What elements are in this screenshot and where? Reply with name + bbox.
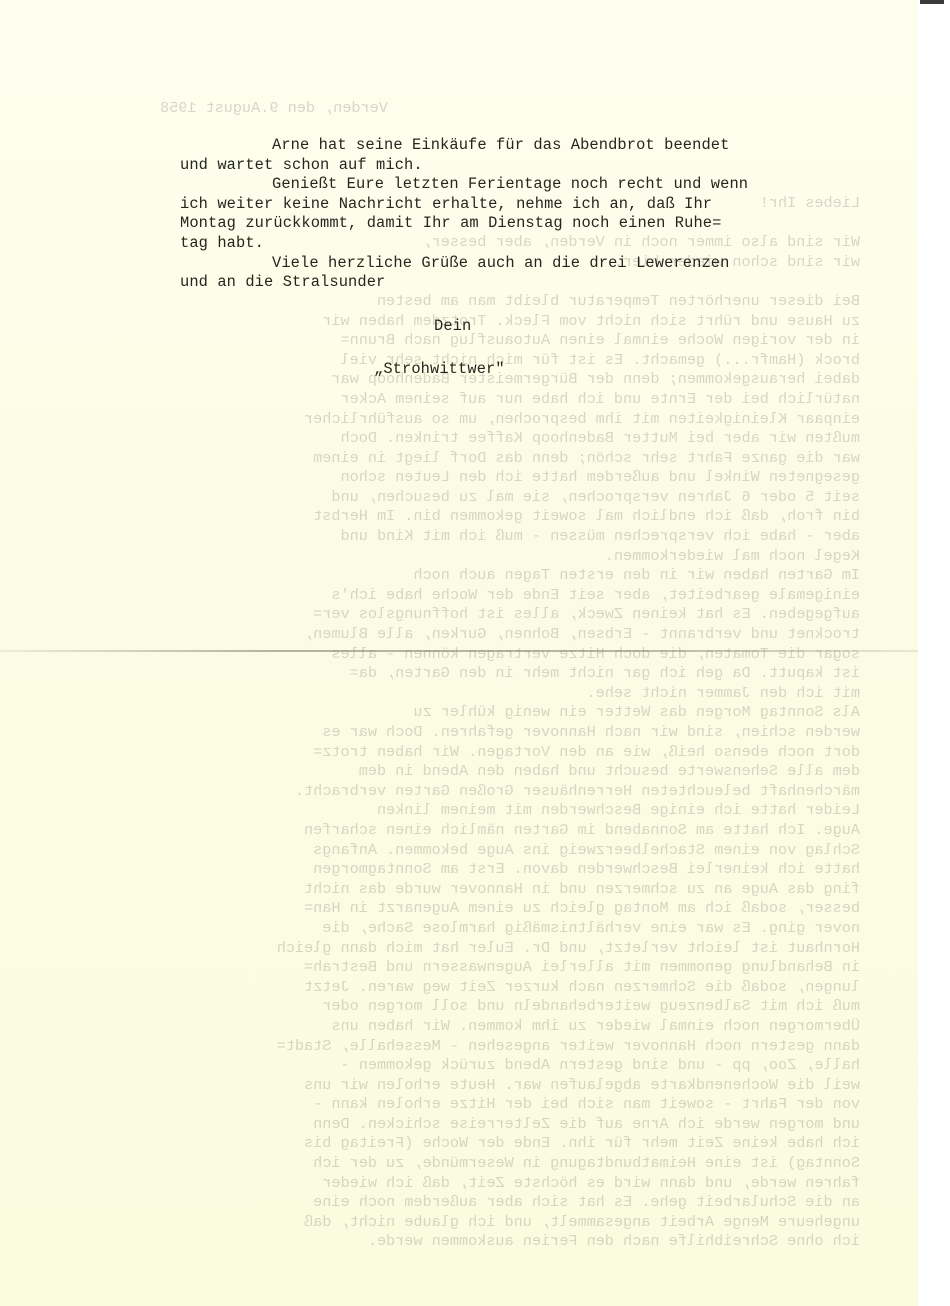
show-through-line: dort noch ebenso heiß, wie an den Vortag… [160,743,860,763]
paragraph-3-line-2: und an die Stralsunder [180,273,860,293]
show-through-line: in Behandlung genommen mit allerlei Auge… [160,958,860,978]
show-through-line: aber - habe ich versprechen müssen - muß… [160,527,860,547]
scan-corner-shadow [920,0,944,4]
show-through-line: ungeheure Menge Arbeit angesammelt, und … [160,1213,860,1233]
letter-sheet: Verden, den 9.August 1958 Liebes Ihr! Wi… [0,0,918,1306]
show-through-line: besser, sodaß ich am Montag gleich zu ei… [160,899,860,919]
show-through-line: dem alle Sehenswerte besucht und haben d… [160,762,860,782]
show-through-line: mit ich den Jammer nicht sehe. [160,684,860,704]
show-through-line: natürlich bei der Ernte und ich habe nur… [160,390,860,410]
paragraph-3-line-1: Viele herzliche Grüße auch an die drei L… [180,254,860,274]
show-through-line: ich habe keine Zeit mehr für ihn. Ende d… [160,1134,860,1154]
show-through-line: seit 5 oder 6 Jahren versprochen, sie ma… [160,488,860,508]
show-through-line: Hornhaut ist leicht verletzt, und Dr. Eu… [160,939,860,959]
paragraph-2-line-2: ich weiter keine Nachricht erhalte, nehm… [180,195,860,215]
show-through-line: gesegneten Winkel und außerdem hatte ich… [160,468,860,488]
paper-fold-crease [0,650,918,652]
show-through-line: lungen, sodaß die Schmerzen nach kurzer … [160,978,860,998]
show-through-line: einigemale gearbeitet, aber seit Ende de… [160,586,860,606]
show-through-line: aufgegeben. Es hat keinen Zweck, alles i… [160,605,860,625]
show-through-line: nover ging. Es war eine verhältnismäßig … [160,919,860,939]
show-through-line: von der Fahrt - soweit man sich bei der … [160,1095,860,1115]
show-through-line: mußten wir aber bei Mutter Badenhoop Kaf… [160,429,860,449]
show-through-line: Als Sonntag Morgen das Wetter ein wenig … [160,703,860,723]
show-through-line: märchenhaft beleuchteten Herrenhäuser Gr… [160,782,860,802]
paragraph-2-line-1: Genießt Eure letzten Ferientage noch rec… [180,175,860,195]
show-through-line: bin froh, daß ich endlich mal soweit gek… [160,507,860,527]
show-through-line: an die Schularbeit gehe. Es hat sich abe… [160,1193,860,1213]
show-through-line: Leider hatte ich einige Beschwerden mit … [160,801,860,821]
show-through-line: Kegel noch mal wiederkommen. [160,547,860,567]
show-through-line: Übermorgen noch einmal wieder zu ihm kom… [160,1017,860,1037]
show-through-line: Sonntag) ist eine Heimatbundtagung in We… [160,1154,860,1174]
show-through-line: Auge. Ich hatte am Sonnabend im Garten n… [160,821,860,841]
show-through-line: fahren werde, und dann wird es höchste Z… [160,1174,860,1194]
show-through-line: und morgen werde ich Arne auf die Zelter… [160,1115,860,1135]
show-through-line: ist kaputt. Da geh ich gar nicht mehr in… [160,664,860,684]
paragraph-1-line-2: und wartet schon auf mich. [180,156,860,176]
show-through-line: werden schien, sind wir nach Hannover ge… [160,723,860,743]
paragraph-2-line-3: Montag zurückkommt, damit Ihr am Diensta… [180,214,860,234]
show-through-line: Im Garten haben wir in den ersten Tagen … [160,566,860,586]
show-through-line: fing das Auge an zu schmerzen und in Han… [160,880,860,900]
signature: „Strohwittwer" [180,360,860,380]
show-through-line: Schlag von einem Stachelbeerzweig ins Au… [160,841,860,861]
show-through-line: muß ich mit Salbenzeug weiterbehandeln u… [160,997,860,1017]
show-through-date: Verden, den 9.August 1958 [160,99,860,119]
show-through-line: einpaar Kleinigkeiten mit ihm besprochen… [160,410,860,430]
paragraph-1-line-1: Arne hat seine Einkäufe für das Abendbro… [180,136,860,156]
letter-front-text: Arne hat seine Einkäufe für das Abendbro… [180,136,860,380]
show-through-line: halle, Zoo, pp - und sind gestern Abend … [160,1056,860,1076]
show-through-line: weil die Wochenendkarte abgelaufen war. … [160,1076,860,1096]
show-through-line: hatte ich keinerlei Beschwerden davon. E… [160,860,860,880]
scan-margin [918,0,950,1306]
show-through-line: trocknet und verbrannt - Erbsen, Bohnen,… [160,625,860,645]
paragraph-2-line-4: tag habt. [180,234,860,254]
show-through-line: dann gestern noch Hannover weiter angese… [160,1037,860,1057]
closing-word: Dein [180,317,860,337]
show-through-line: ich ohne Schreibhilfe nach den Ferien au… [160,1232,860,1252]
show-through-line: sogar die Tomaten, die doch Hitze vertra… [160,645,860,665]
show-through-line: war die ganze Fahrt sehr schön; denn das… [160,449,860,469]
